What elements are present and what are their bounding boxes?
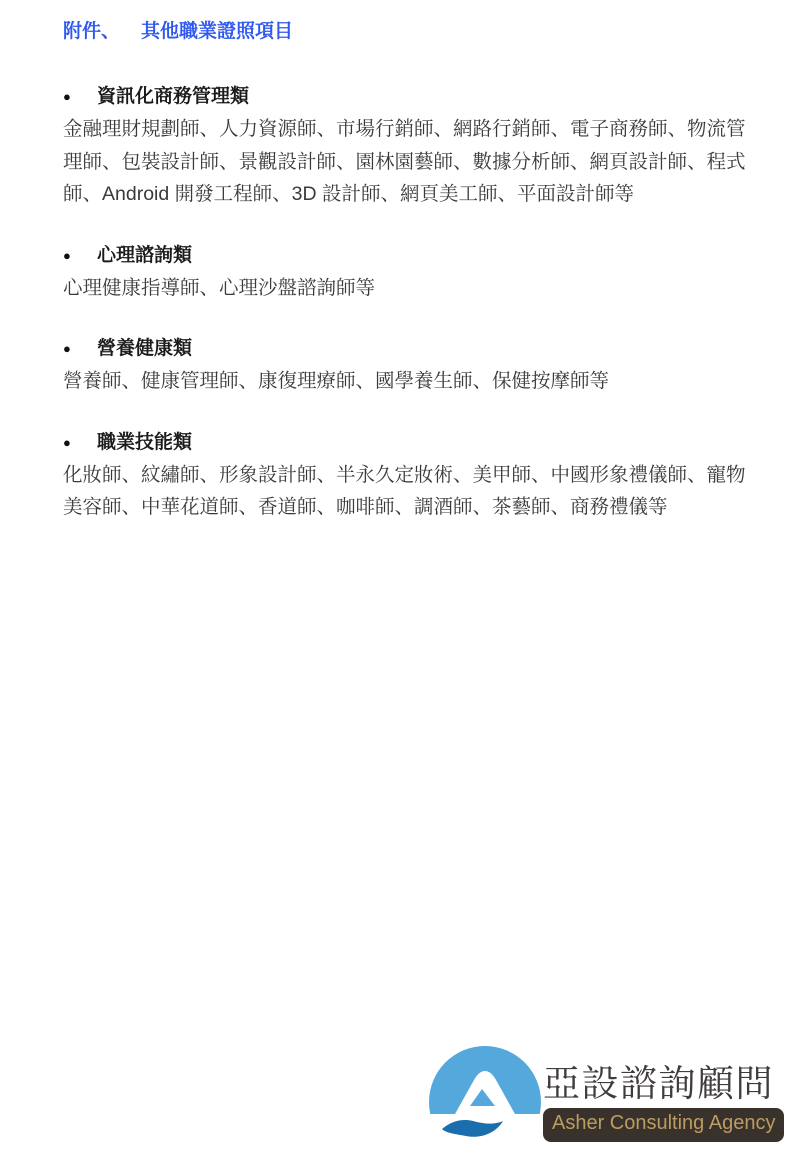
section-body: 心理健康指導師、心理沙盤諮詢師等: [63, 272, 749, 305]
section-heading: 心理諮詢類: [97, 245, 192, 267]
bullet-icon: ●: [63, 432, 97, 454]
section-body: 營養師、健康管理師、康復理療師、國學養生師、保健按摩師等: [63, 365, 749, 398]
title-prefix: 附件、: [63, 20, 120, 44]
section-heading: 營養健康類: [97, 338, 192, 360]
section-business-management: ● 資訊化商務管理類 金融理財規劃師、人力資源師、市場行銷師、網路行銷師、電子商…: [63, 86, 750, 211]
section-psychology: ● 心理諮詢類 心理健康指導師、心理沙盤諮詢師等: [63, 245, 750, 305]
section-vocational-skills: ● 職業技能類 化妝師、紋繡師、形象設計師、半永久定妝術、美甲師、中國形象禮儀師…: [63, 432, 750, 524]
document-page: 附件、 其他職業證照項目 ● 資訊化商務管理類 金融理財規劃師、人力資源師、市場…: [0, 0, 810, 1166]
company-name-zh: 亞設諮詢顧問: [543, 1064, 784, 1104]
section-nutrition-health: ● 營養健康類 營養師、健康管理師、康復理療師、國學養生師、保健按摩師等: [63, 338, 750, 398]
section-heading-row: ● 職業技能類: [63, 432, 750, 454]
company-logo: 亞設諮詢顧問 Asher Consulting Agency: [425, 1040, 784, 1160]
bullet-icon: ●: [63, 338, 97, 360]
section-body: 金融理財規劃師、人力資源師、市場行銷師、網路行銷師、電子商務師、物流管理師、包裝…: [63, 113, 749, 211]
page-title: 附件、 其他職業證照項目: [63, 20, 750, 44]
bullet-icon: ●: [63, 245, 97, 267]
section-heading-row: ● 心理諮詢類: [63, 245, 750, 267]
document-content: 附件、 其他職業證照項目 ● 資訊化商務管理類 金融理財規劃師、人力資源師、市場…: [0, 0, 810, 524]
section-heading-row: ● 資訊化商務管理類: [63, 86, 750, 108]
section-heading: 職業技能類: [97, 432, 192, 454]
company-name-en: Asher Consulting Agency: [552, 1112, 775, 1134]
bullet-icon: ●: [63, 86, 97, 108]
asher-logo-icon: [425, 1040, 545, 1160]
company-logo-text: 亞設諮詢顧問 Asher Consulting Agency: [543, 1064, 784, 1142]
title-main: 其他職業證照項目: [141, 20, 293, 44]
section-heading-row: ● 營養健康類: [63, 338, 750, 360]
company-name-en-badge: Asher Consulting Agency: [543, 1108, 784, 1142]
section-body: 化妝師、紋繡師、形象設計師、半永久定妝術、美甲師、中國形象禮儀師、寵物美容師、中…: [63, 459, 749, 524]
section-heading: 資訊化商務管理類: [97, 86, 249, 108]
